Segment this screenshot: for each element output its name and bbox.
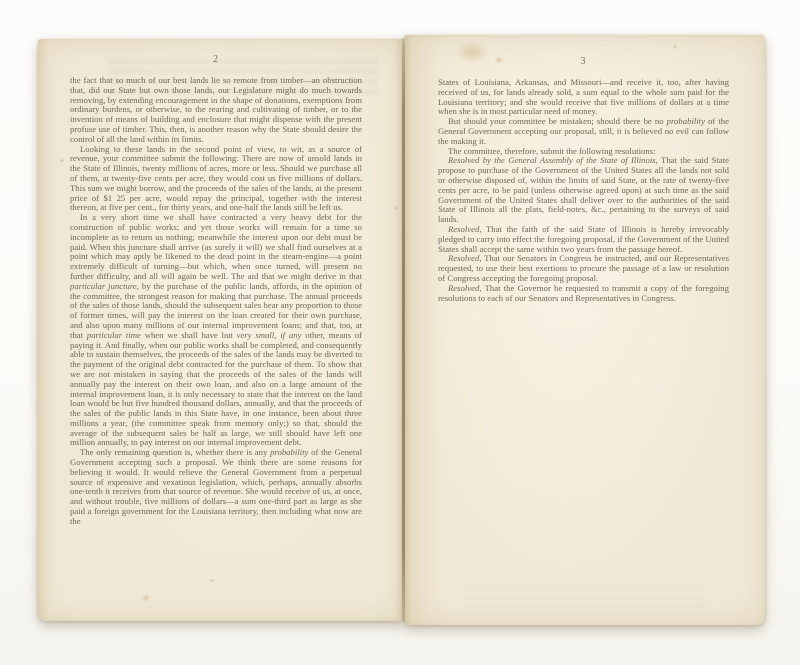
page-number-left: 2	[70, 55, 362, 65]
page-3-column: 3 States of Louisiana, Arkansas, and Mis…	[438, 57, 729, 303]
paragraph: In a very short time we shall have contr…	[70, 213, 362, 448]
show-through-text	[465, 583, 705, 607]
page-text-left: the fact that so much of our best lands …	[70, 76, 362, 527]
foxing-stain	[394, 207, 398, 210]
foxing-stain	[60, 159, 64, 162]
paragraph: The only remaining question is, whether …	[70, 448, 362, 526]
paragraph: Resolved, That our Senators in Congress …	[438, 254, 729, 283]
paragraph: But should your committee be mistaken; s…	[438, 117, 729, 146]
paragraph: the fact that so much of our best lands …	[70, 76, 362, 145]
page-text-right: States of Louisiana, Arkansas, and Misso…	[438, 78, 729, 303]
foxing-stain	[210, 579, 214, 582]
page-2-column: 2 the fact that so much of our best land…	[70, 55, 362, 527]
paragraph: Resolved by the General Assembly of the …	[438, 156, 729, 225]
paragraph: Resolved, That the faith of the said Sta…	[438, 225, 729, 254]
paragraph: States of Louisiana, Arkansas, and Misso…	[438, 78, 729, 117]
open-pamphlet: 2 the fact that so much of our best land…	[38, 35, 765, 628]
foxing-stain	[142, 595, 150, 601]
page-right: 3 States of Louisiana, Arkansas, and Mis…	[405, 35, 765, 625]
page-number-right: 3	[438, 57, 729, 67]
paragraph: Looking to these lands in the second poi…	[70, 145, 362, 214]
foxing-stain	[673, 45, 677, 48]
photo-backdrop: 2 the fact that so much of our best land…	[0, 0, 800, 665]
paragraph: Resolved, That the Governor be requested…	[438, 284, 729, 304]
page-left: 2 the fact that so much of our best land…	[38, 39, 404, 621]
